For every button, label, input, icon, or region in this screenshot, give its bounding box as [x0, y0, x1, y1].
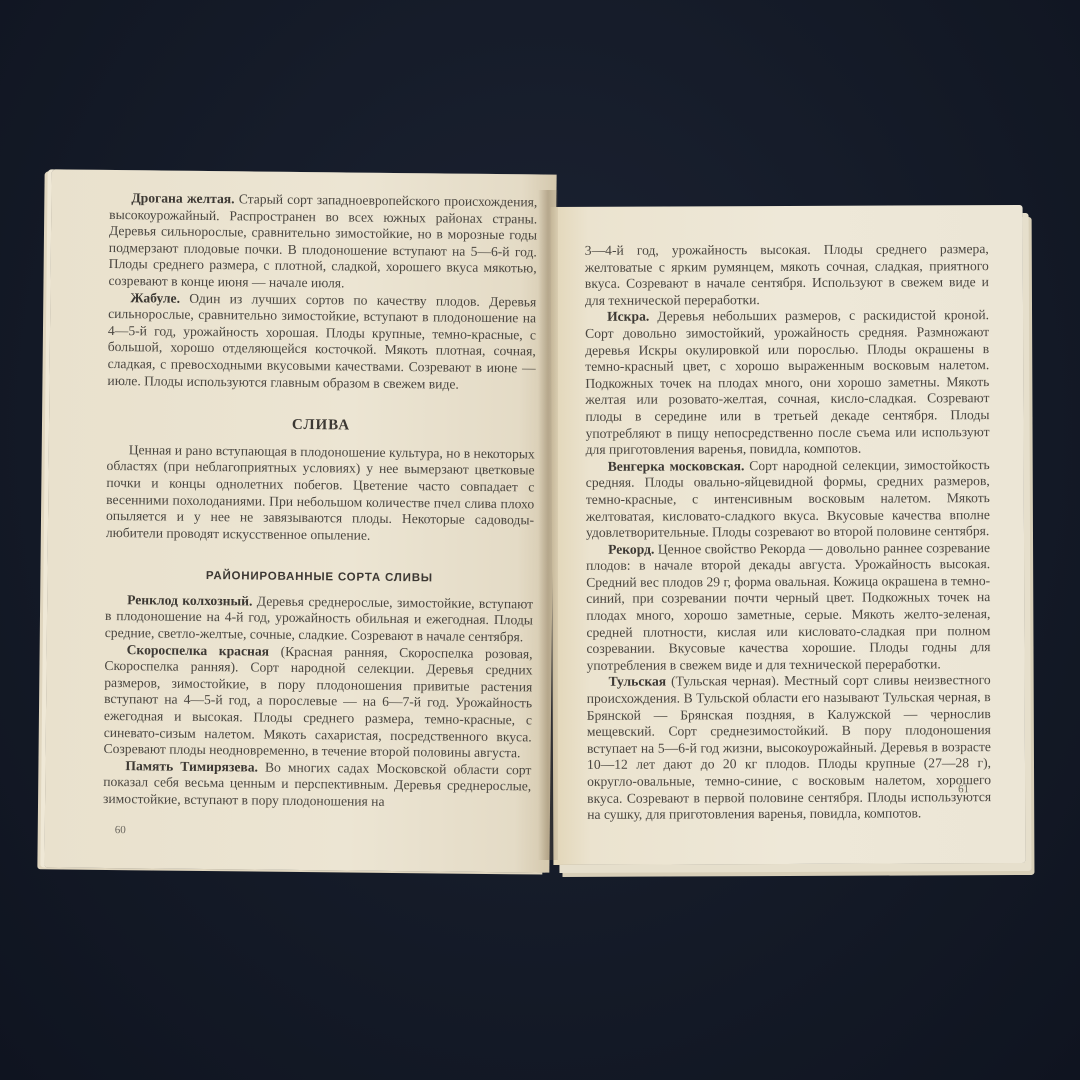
- continuation-text: 3—4-й год, урожайность высокая. Плоды ср…: [585, 241, 989, 309]
- section-heading: СЛИВА: [107, 415, 535, 436]
- right-page: 3—4-й год, урожайность высокая. Плоды ср…: [551, 205, 1026, 865]
- right-page-content: 3—4-й год, урожайность высокая. Плоды ср…: [585, 241, 992, 824]
- variety-text: Ценное свойство Рекорда — довольно ранне…: [586, 540, 990, 673]
- variety-title: Ренклод колхозный.: [127, 592, 252, 608]
- open-book: Дрогана желтая. Старый сорт западноевроп…: [0, 0, 1080, 1080]
- variety-text: Старый сорт западноевропейского происхож…: [108, 191, 537, 290]
- section-intro: Ценная и рано вступающая в плодоношение …: [106, 442, 535, 546]
- variety-text: (Красная ранняя, Скороспелка розовая, Ск…: [104, 643, 533, 760]
- variety-entry: Тульская (Тульская черная). Местный сорт…: [587, 673, 992, 824]
- variety-entry: Ренклод колхозный. Деревья среднерослые,…: [105, 592, 533, 646]
- variety-title: Жабуле.: [130, 290, 180, 306]
- variety-text: (Тульская черная). Местный сорт сливы не…: [587, 673, 991, 823]
- variety-entry: Дрогана желтая. Старый сорт западноевроп…: [108, 190, 537, 294]
- left-page: Дрогана желтая. Старый сорт западноевроп…: [44, 169, 556, 872]
- variety-title: Рекорд.: [608, 541, 654, 556]
- variety-entry: Жабуле. Один из лучших сортов по качеств…: [107, 290, 536, 394]
- variety-entry: Рекорд. Ценное свойство Рекорда — доволь…: [586, 540, 991, 675]
- variety-title: Скороспелка красная: [127, 642, 270, 658]
- variety-entry: Скороспелка красная (Красная ранняя, Ско…: [104, 642, 533, 763]
- variety-title: Дрогана желтая.: [131, 190, 234, 206]
- page-number: 61: [958, 783, 969, 795]
- variety-title: Венгерка московская.: [608, 458, 745, 474]
- variety-entry: Венгерка московская. Сорт народной селек…: [586, 457, 990, 542]
- subsection-heading: РАЙОНИРОВАННЫЕ СОРТА СЛИВЫ: [105, 567, 533, 588]
- variety-entry: Искра. Деревья небольших размеров, с рас…: [585, 307, 990, 458]
- variety-title: Память Тимирязева.: [125, 758, 258, 774]
- variety-title: Тульская: [609, 674, 667, 689]
- page-number: 60: [115, 824, 126, 836]
- variety-text: Деревья небольших размеров, с раскидисто…: [585, 307, 989, 457]
- left-page-content: Дрогана желтая. Старый сорт западноевроп…: [103, 190, 537, 812]
- variety-title: Искра.: [607, 309, 649, 324]
- variety-entry: Память Тимирязева. Во многих садах Моско…: [103, 758, 531, 812]
